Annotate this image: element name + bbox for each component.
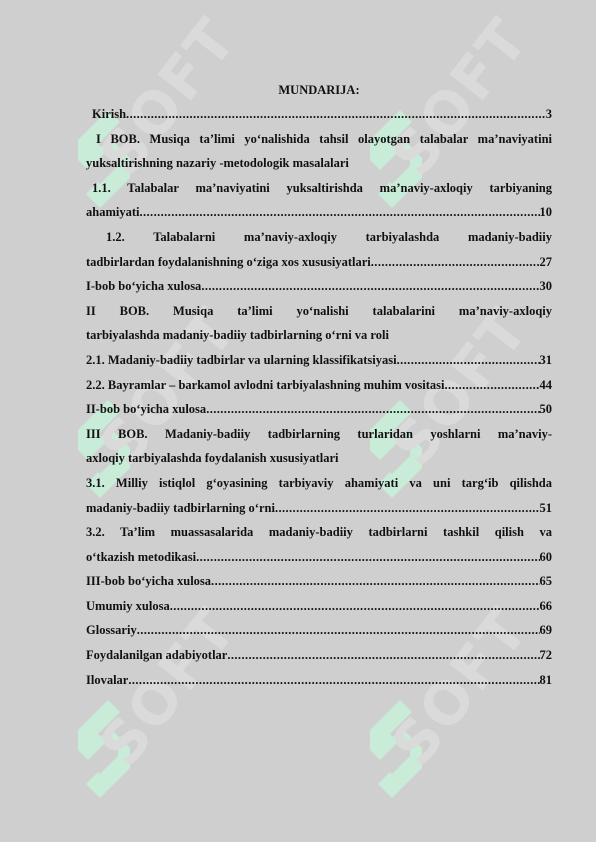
soft-logo-icon (370, 700, 430, 800)
toc-page-number: 66 (540, 594, 553, 619)
toc-entry-label: Glossariy (86, 618, 137, 643)
dot-leader (206, 397, 539, 422)
toc-entry-label: III-bob bo‘yicha xulosa (86, 569, 211, 594)
toc-entry-adabiyotlar[interactable]: Foydalanilgan adabiyotlar72 (86, 643, 552, 668)
toc-entry-label: tadbirlardan foydalanishning o‘ziga xos … (86, 250, 371, 275)
dot-leader (227, 643, 539, 668)
toc-entry-s3-2[interactable]: o‘tkazish metodikasi60 (86, 545, 552, 570)
toc-entry-s2-2[interactable]: 2.2. Bayramlar – barkamol avlodni tarbiy… (86, 373, 552, 398)
toc-heading-s3-2: 3.2. Ta’lim muassasalarida madaniy-badii… (86, 520, 552, 545)
toc-page-number: 44 (540, 373, 553, 398)
dot-leader (126, 102, 546, 127)
toc-entry-kirish[interactable]: Kirish3 (86, 102, 552, 127)
toc-page-number: 30 (540, 274, 553, 299)
toc-entries: Kirish3I BOB. Musiqa ta’limi yo‘nalishid… (86, 102, 552, 692)
dot-leader (445, 373, 540, 398)
dot-leader (371, 250, 540, 275)
toc-entry-s3-1[interactable]: madaniy-badiiy tadbirlarning o‘rni51 (86, 496, 552, 521)
toc-page-number: 31 (540, 348, 553, 373)
dot-leader (196, 545, 539, 570)
dot-leader (128, 668, 539, 693)
toc-entry-label: Umumiy xulosa (86, 594, 170, 619)
toc-page-number: 60 (540, 545, 553, 570)
toc-entry-label: madaniy-badiiy tadbirlarning o‘rni (86, 496, 275, 521)
toc-entry-label: o‘tkazish metodikasi (86, 545, 196, 570)
dot-leader (275, 496, 540, 521)
toc-page-number: 51 (540, 496, 553, 521)
toc-entry-label: 2.2. Bayramlar – barkamol avlodni tarbiy… (86, 373, 445, 398)
toc-entry-label: Kirish (92, 102, 126, 127)
dot-leader (139, 200, 539, 225)
dot-leader (201, 274, 539, 299)
toc-heading-bob2: II BOB. Musiqa ta’limi yo‘nalishi talaba… (86, 299, 552, 324)
toc-page-number: 27 (540, 250, 553, 275)
toc-entry-s2-1[interactable]: 2.1. Madaniy-badiiy tadbirlar va ularnin… (86, 348, 552, 373)
toc-entry-umumiy-xulosa[interactable]: Umumiy xulosa66 (86, 594, 552, 619)
toc-entry-bob2-xulosa[interactable]: II-bob bo‘yicha xulosa50 (86, 397, 552, 422)
dot-leader (137, 618, 540, 643)
toc-heading-bob1: I BOB. Musiqa ta’limi yo‘nalishida tahsi… (86, 127, 552, 152)
table-of-contents: MUNDARIJA: Kirish3I BOB. Musiqa ta’limi … (86, 78, 552, 692)
toc-entry-label: Foydalanilgan adabiyotlar (86, 643, 227, 668)
toc-heading-bob2: tarbiyalashda madaniy-badiiy tadbirlarni… (86, 323, 552, 348)
toc-page-number: 65 (540, 569, 553, 594)
toc-page-number: 72 (540, 643, 553, 668)
toc-entry-label: Ilovalar (86, 668, 128, 693)
soft-logo-icon (78, 700, 138, 800)
toc-heading-bob3: III BOB. Madaniy-badiiy tadbirlarning tu… (86, 422, 552, 447)
toc-page-number: 81 (540, 668, 553, 693)
toc-entry-glossariy[interactable]: Glossariy69 (86, 618, 552, 643)
toc-title: MUNDARIJA: (86, 78, 552, 102)
toc-entry-label: ahamiyati (86, 200, 139, 225)
dot-leader (211, 569, 539, 594)
toc-entry-s1-1[interactable]: ahamiyati10 (86, 200, 552, 225)
toc-heading-s1-1: 1.1. Talabalar ma’naviyatini yuksaltiris… (86, 176, 552, 201)
toc-entry-label: 2.1. Madaniy-badiiy tadbirlar va ularnin… (86, 348, 397, 373)
toc-entry-label: I-bob bo‘yicha xulosa (86, 274, 201, 299)
toc-heading-bob3: axloqiy tarbiyalashda foydalanish xususi… (86, 446, 552, 471)
toc-entry-label: II-bob bo‘yicha xulosa (86, 397, 206, 422)
toc-page-number: 3 (546, 102, 552, 127)
toc-entry-ilovalar[interactable]: Ilovalar81 (86, 668, 552, 693)
toc-entry-bob1-xulosa[interactable]: I-bob bo‘yicha xulosa30 (86, 274, 552, 299)
toc-page-number: 10 (540, 200, 553, 225)
dot-leader (170, 594, 540, 619)
toc-entry-s1-2[interactable]: tadbirlardan foydalanishning o‘ziga xos … (86, 250, 552, 275)
toc-heading-bob1: yuksaltirishning nazariy -metodologik ma… (86, 151, 552, 176)
toc-entry-bob3-xulosa[interactable]: III-bob bo‘yicha xulosa65 (86, 569, 552, 594)
toc-heading-s3-1: 3.1. Milliy istiqlol g‘oyasining tarbiya… (86, 471, 552, 496)
dot-leader (397, 348, 540, 373)
toc-page-number: 50 (540, 397, 553, 422)
toc-heading-s1-2: 1.2. Talabalarni ma’naviy-axloqiy tarbiy… (86, 225, 552, 250)
toc-page-number: 69 (540, 618, 553, 643)
